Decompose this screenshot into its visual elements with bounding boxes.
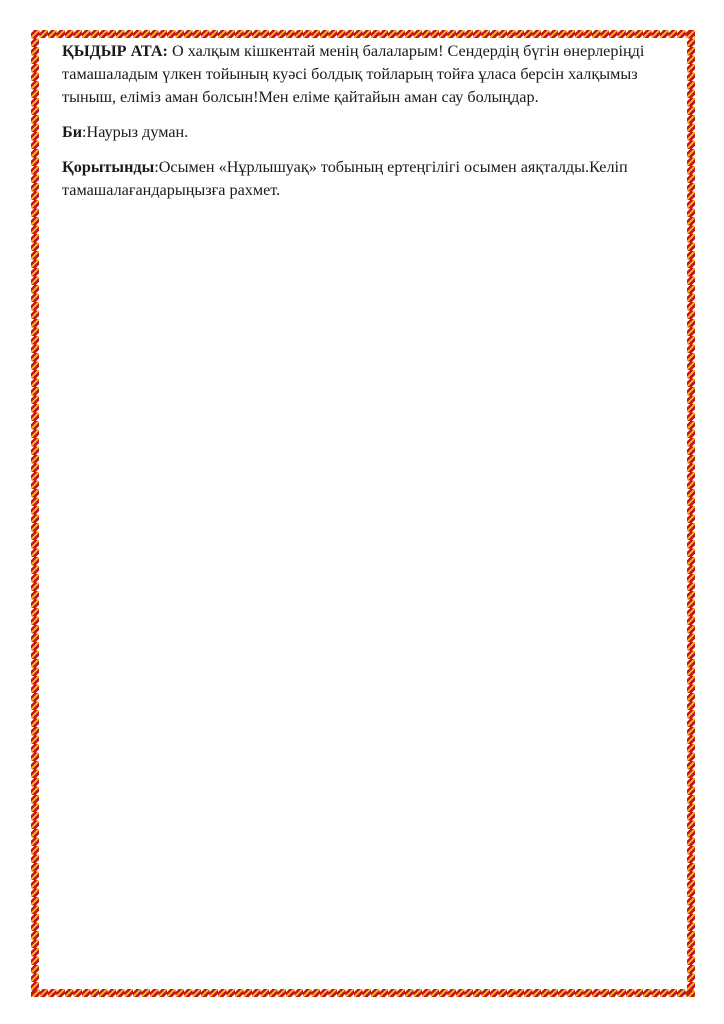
paragraph-text: :Наурыз думан.: [82, 123, 188, 141]
speaker-label: Қорытынды: [62, 158, 154, 176]
speaker-label: ҚЫДЫР АТА:: [62, 42, 168, 60]
document-body: ҚЫДЫР АТА: О халқым кішкентай менің бала…: [62, 40, 684, 214]
paragraph-bi: Би:Наурыз думан.: [62, 121, 684, 144]
speaker-label: Би: [62, 123, 82, 141]
paragraph-korytyndy: Қорытынды:Осымен «Нұрлышуақ» тобының ерт…: [62, 156, 684, 202]
border-bottom-ornament-icon: [31, 989, 695, 997]
border-left-ornament-icon: [31, 30, 39, 997]
paragraph-kydyr-ata: ҚЫДЫР АТА: О халқым кішкентай менің бала…: [62, 40, 684, 109]
border-top-ornament-icon: [31, 30, 695, 38]
border-right-ornament-icon: [687, 30, 695, 997]
